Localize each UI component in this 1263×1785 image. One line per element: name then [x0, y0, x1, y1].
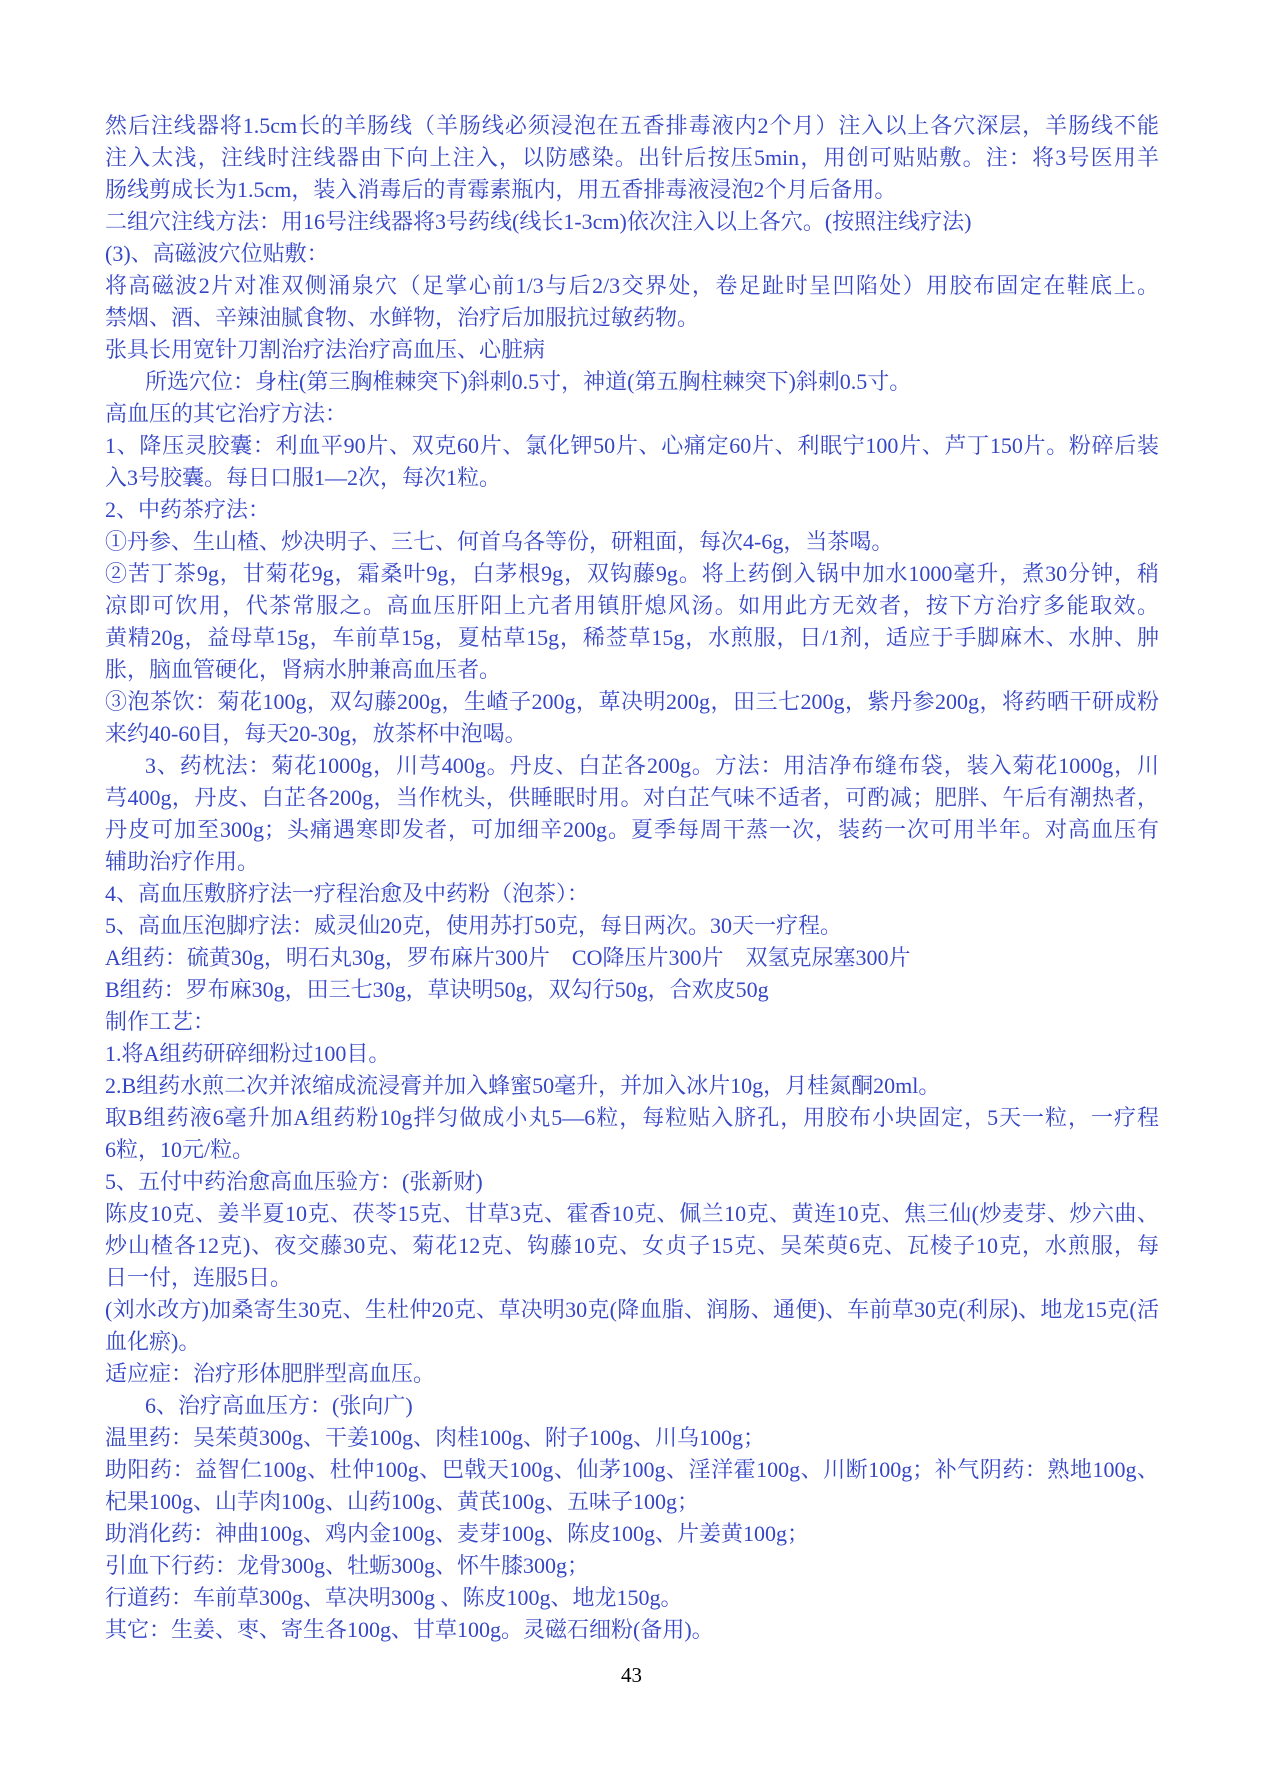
text-line: 高血压的其它治疗方法：	[105, 398, 1159, 430]
text-line: 血化瘀)。	[105, 1326, 1159, 1358]
text-line: 将高磁波2片对准双侧涌泉穴（足掌心前1/3与后2/3交界处，卷足趾时呈凹陷处）用…	[105, 270, 1159, 302]
text-line: 5、高血压泡脚疗法：威灵仙20克，使用苏打50克，每日两次。30天一疗程。	[105, 910, 1159, 942]
text-line: 适应症：治疗形体肥胖型高血压。	[105, 1358, 1159, 1390]
document-text-body: 然后注线器将1.5cm长的羊肠线（羊肠线必须浸泡在五香排毒液内2个月）注入以上各…	[105, 110, 1159, 1646]
text-line: 5、五付中药治愈高血压验方：(张新财)	[105, 1166, 1159, 1198]
text-line: 助阳药：益智仁100g、杜仲100g、巴戟天100g、仙茅100g、淫洋霍100…	[105, 1454, 1159, 1486]
text-line: 芎400g，丹皮、白芷各200g，当作枕头，供睡眠时用。对白芷气味不适者，可酌减…	[105, 782, 1159, 814]
text-line: 日一付，连服5日。	[105, 1262, 1159, 1294]
text-line: 2、中药茶疗法：	[105, 494, 1159, 526]
text-line: (3)、高磁波穴位贴敷：	[105, 238, 1159, 270]
text-line: 行道药：车前草300g、草决明300g 、陈皮100g、地龙150g。	[105, 1582, 1159, 1614]
text-line: 丹皮可加至300g；头痛遇寒即发者，可加细辛200g。夏季每周干蒸一次，装药一次…	[105, 814, 1159, 846]
text-line: 陈皮10克、姜半夏10克、茯苓15克、甘草3克、霍香10克、佩兰10克、黄连10…	[105, 1198, 1159, 1230]
text-line: 辅助治疗作用。	[105, 846, 1159, 878]
text-line: 6粒，10元/粒。	[105, 1134, 1159, 1166]
text-line: 2.B组药水煎二次并浓缩成流浸膏并加入蜂蜜50毫升，并加入冰片10g，月桂氮酮2…	[105, 1070, 1159, 1102]
text-line: 注入太浅，注线时注线器由下向上注入，以防感染。出针后按压5min，用创可贴贴敷。…	[105, 142, 1159, 174]
text-line: 3、药枕法：菊花1000g，川芎400g。丹皮、白芷各200g。方法：用洁净布缝…	[105, 750, 1159, 782]
text-line: 温里药：吴茱萸300g、干姜100g、肉桂100g、附子100g、川乌100g；	[105, 1422, 1159, 1454]
text-line: 肠线剪成长为1.5cm，装入消毒后的青霉素瓶内，用五香排毒液浸泡2个月后备用。	[105, 174, 1159, 206]
text-line: 助消化药：神曲100g、鸡内金100g、麦芽100g、陈皮100g、片姜黄100…	[105, 1518, 1159, 1550]
text-line: 1.将A组药研碎细粉过100目。	[105, 1038, 1159, 1070]
text-line: 入3号胶囊。每日口服1—2次，每次1粒。	[105, 462, 1159, 494]
text-line: 6、治疗高血压方：(张向广)	[105, 1390, 1159, 1422]
document-page: 然后注线器将1.5cm长的羊肠线（羊肠线必须浸泡在五香排毒液内2个月）注入以上各…	[0, 0, 1263, 1785]
text-line: 炒山楂各12克)、夜交藤30克、菊花12克、钩藤10克、女贞子15克、吴茱萸6克…	[105, 1230, 1159, 1262]
text-line: 1、降压灵胶囊：利血平90片、双克60片、氯化钾50片、心痛定60片、利眠宁10…	[105, 430, 1159, 462]
text-line: (刘水改方)加桑寄生30克、生杜仲20克、草决明30克(降血脂、润肠、通便)、车…	[105, 1294, 1159, 1326]
text-line: 制作工艺：	[105, 1006, 1159, 1038]
text-line: ①丹参、生山楂、炒决明子、三七、何首乌各等份，研粗面，每次4-6g，当茶喝。	[105, 526, 1159, 558]
text-line: 4、高血压敷脐疗法一疗程治愈及中药粉（泡茶）：	[105, 878, 1159, 910]
text-line: 二组穴注线方法：用16号注线器将3号药线(线长1-3cm)依次注入以上各穴。(按…	[105, 206, 1159, 238]
page-number: 43	[0, 1662, 1263, 1688]
text-line: 黄精20g，益母草15g，车前草15g，夏枯草15g，稀莶草15g，水煎服，日/…	[105, 622, 1159, 654]
text-line: 胀，脑血管硬化，肾病水肿兼高血压者。	[105, 654, 1159, 686]
text-line: 禁烟、酒、辛辣油腻食物、水鲜物，治疗后加服抗过敏药物。	[105, 302, 1159, 334]
text-line: 其它：生姜、枣、寄生各100g、甘草100g。灵磁石细粉(备用)。	[105, 1614, 1159, 1646]
text-line: 所选穴位：身柱(第三胸椎棘突下)斜刺0.5寸，神道(第五胸柱棘突下)斜刺0.5寸…	[105, 366, 1159, 398]
text-line: 取B组药液6毫升加A组药粉10g拌匀做成小丸5—6粒，每粒贴入脐孔，用胶布小块固…	[105, 1102, 1159, 1134]
text-line: A组药：硫黄30g，明石丸30g，罗布麻片300片 CO降压片300片 双氢克尿…	[105, 942, 1159, 974]
text-line: B组药：罗布麻30g，田三七30g，草诀明50g，双勾行50g，合欢皮50g	[105, 974, 1159, 1006]
text-line: 然后注线器将1.5cm长的羊肠线（羊肠线必须浸泡在五香排毒液内2个月）注入以上各…	[105, 110, 1159, 142]
text-line: ②苦丁茶9g，甘菊花9g，霜桑叶9g，白茅根9g，双钩藤9g。将上药倒入锅中加水…	[105, 558, 1159, 590]
text-line: 引血下行药：龙骨300g、牡蛎300g、怀牛膝300g；	[105, 1550, 1159, 1582]
text-line: 张具长用宽针刀割治疗法治疗高血压、心脏病	[105, 334, 1159, 366]
text-line: 凉即可饮用，代茶常服之。高血压肝阳上亢者用镇肝熄风汤。如用此方无效者，按下方治疗…	[105, 590, 1159, 622]
text-line: ③泡茶饮：菊花100g，双勾藤200g，生嵖子200g，萆决明200g，田三七2…	[105, 686, 1159, 718]
text-line: 来约40-60目，每天20-30g，放茶杯中泡喝。	[105, 718, 1159, 750]
text-line: 杞果100g、山芋肉100g、山药100g、黄芪100g、五味子100g；	[105, 1486, 1159, 1518]
